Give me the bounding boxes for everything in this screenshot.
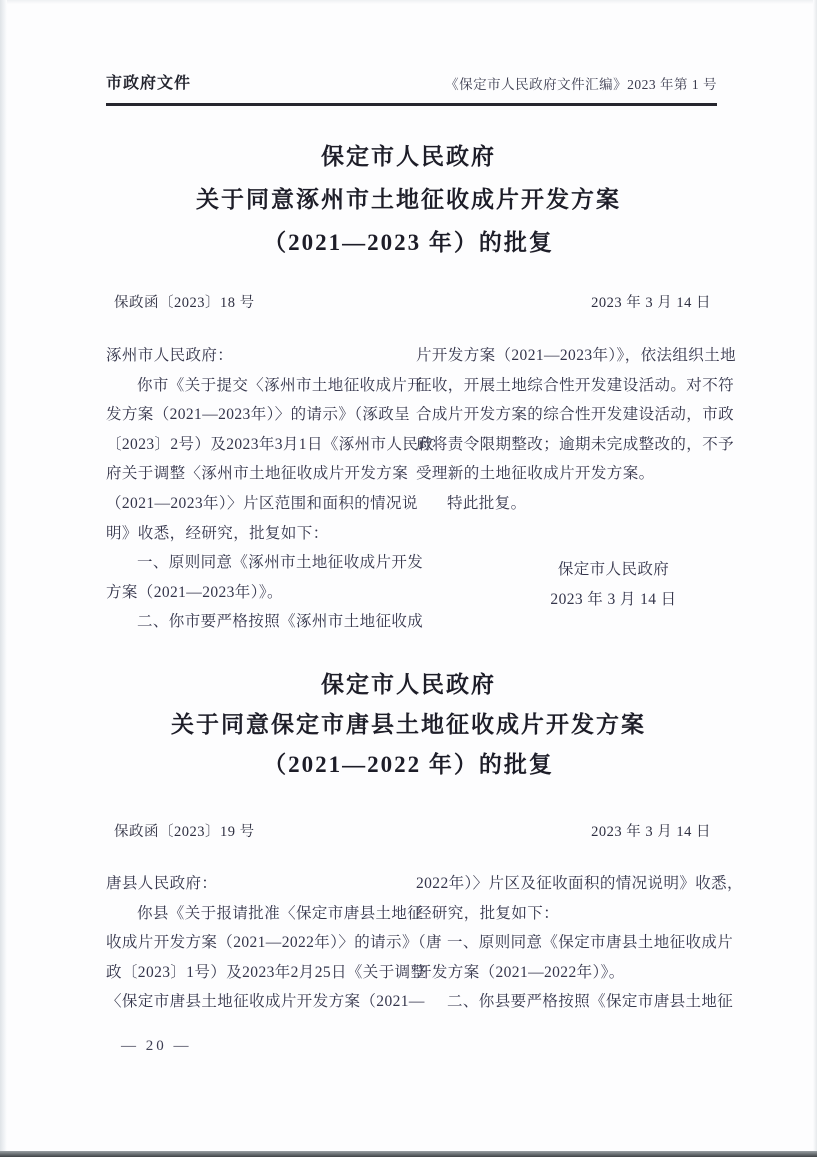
body-line: 唐县人民政府：	[106, 869, 404, 899]
doc1-signature-block: 保定市人民政府 2023 年 3 月 14 日	[511, 555, 716, 615]
header-compilation-label: 《保定市人民政府文件汇编》2023 年第 1 号	[445, 73, 717, 93]
body-line: 二、你市要严格按照《涿州市土地征收成	[106, 607, 404, 637]
header-category-label: 市政府文件	[106, 70, 191, 93]
doc1-title: 保定市人民政府 关于同意涿州市土地征收成片开发方案 （2021—2023 年）的…	[0, 135, 817, 264]
body-line: 经研究，批复如下：	[416, 899, 716, 929]
signature-date: 2023 年 3 月 14 日	[511, 585, 716, 615]
doc1-meta: 保政函〔2023〕18 号 2023 年 3 月 14 日	[114, 291, 711, 312]
body-line: 明》收悉，经研究，批复如下：	[106, 519, 404, 549]
body-line: （2021—2023年）〉片区范围和面积的情况说	[106, 489, 404, 519]
body-line: 府将责令限期整改；逾期未完成整改的，不予	[416, 430, 716, 460]
body-line: 合成片开发方案的综合性开发建设活动，市政	[416, 400, 716, 430]
body-line: 〔2023〕2号）及2023年3月1日《涿州市人民政	[106, 430, 404, 460]
doc1-title-line: 保定市人民政府	[0, 135, 817, 178]
page-edge-bottom	[0, 1151, 817, 1157]
body-line: 方案（2021—2023年）》。	[106, 578, 404, 608]
page-number: — 20 —	[121, 1038, 192, 1055]
page-header: 市政府文件 《保定市人民政府文件汇编》2023 年第 1 号	[106, 70, 717, 93]
body-line: 特此批复。	[416, 489, 716, 519]
doc1-title-line: 关于同意涿州市土地征收成片开发方案	[0, 178, 817, 221]
doc2-number: 保政函〔2023〕19 号	[114, 820, 255, 841]
doc2-meta: 保政函〔2023〕19 号 2023 年 3 月 14 日	[114, 820, 711, 841]
doc2-title-line: 关于同意保定市唐县土地征收成片开发方案	[0, 705, 817, 745]
doc1-body-left-column: 涿州市人民政府： 你市《关于提交〈涿州市土地征收成片开 发方案（2021—202…	[106, 341, 404, 637]
body-line: 〈保定市唐县土地征收成片开发方案（2021—	[106, 987, 404, 1017]
body-line: 收成片开发方案（2021—2022年）〉的请示》（唐	[106, 928, 404, 958]
body-line: 片开发方案（2021—2023年）》，依法组织土地	[416, 341, 716, 371]
body-line: 一、原则同意《涿州市土地征收成片开发	[106, 548, 404, 578]
body-line: 受理新的土地征收成片开发方案。	[416, 459, 716, 489]
body-line: 府关于调整〈涿州市土地征收成片开发方案	[106, 459, 404, 489]
header-divider	[106, 103, 717, 106]
doc2-body-right-column: 2022年）〉片区及征收面积的情况说明》收悉， 经研究，批复如下： 一、原则同意…	[416, 869, 716, 1017]
doc1-date: 2023 年 3 月 14 日	[591, 291, 711, 312]
body-line: 政〔2023〕1号）及2023年2月25日《关于调整	[106, 958, 404, 988]
doc2-title: 保定市人民政府 关于同意保定市唐县土地征收成片开发方案 （2021—2022 年…	[0, 665, 817, 785]
doc2-date: 2023 年 3 月 14 日	[591, 820, 711, 841]
doc1-title-line: （2021—2023 年）的批复	[0, 221, 817, 264]
doc2-title-line: （2021—2022 年）的批复	[0, 745, 817, 785]
doc2-title-line: 保定市人民政府	[0, 665, 817, 705]
signature-issuer: 保定市人民政府	[511, 555, 716, 585]
body-line: 你县《关于报请批准〈保定市唐县土地征	[106, 899, 404, 929]
body-line: 发方案（2021—2023年）〉的请示》（涿政呈	[106, 400, 404, 430]
doc1-body-right-column: 片开发方案（2021—2023年）》，依法组织土地 征收，开展土地综合性开发建设…	[416, 341, 716, 615]
doc1-number: 保政函〔2023〕18 号	[114, 291, 255, 312]
body-line: 开发方案（2021—2022年）》。	[416, 958, 716, 988]
body-line: 2022年）〉片区及征收面积的情况说明》收悉，	[416, 869, 716, 899]
body-line: 二、你县要严格按照《保定市唐县土地征	[416, 987, 716, 1017]
scanned-document-page: 市政府文件 《保定市人民政府文件汇编》2023 年第 1 号 保定市人民政府 关…	[0, 0, 817, 1157]
body-line: 涿州市人民政府：	[106, 341, 404, 371]
page-edge-top	[0, 0, 817, 4]
body-line: 征收，开展土地综合性开发建设活动。对不符	[416, 371, 716, 401]
body-line: 一、原则同意《保定市唐县土地征收成片	[416, 928, 716, 958]
doc2-body-left-column: 唐县人民政府： 你县《关于报请批准〈保定市唐县土地征 收成片开发方案（2021—…	[106, 869, 404, 1017]
body-line: 你市《关于提交〈涿州市土地征收成片开	[106, 371, 404, 401]
